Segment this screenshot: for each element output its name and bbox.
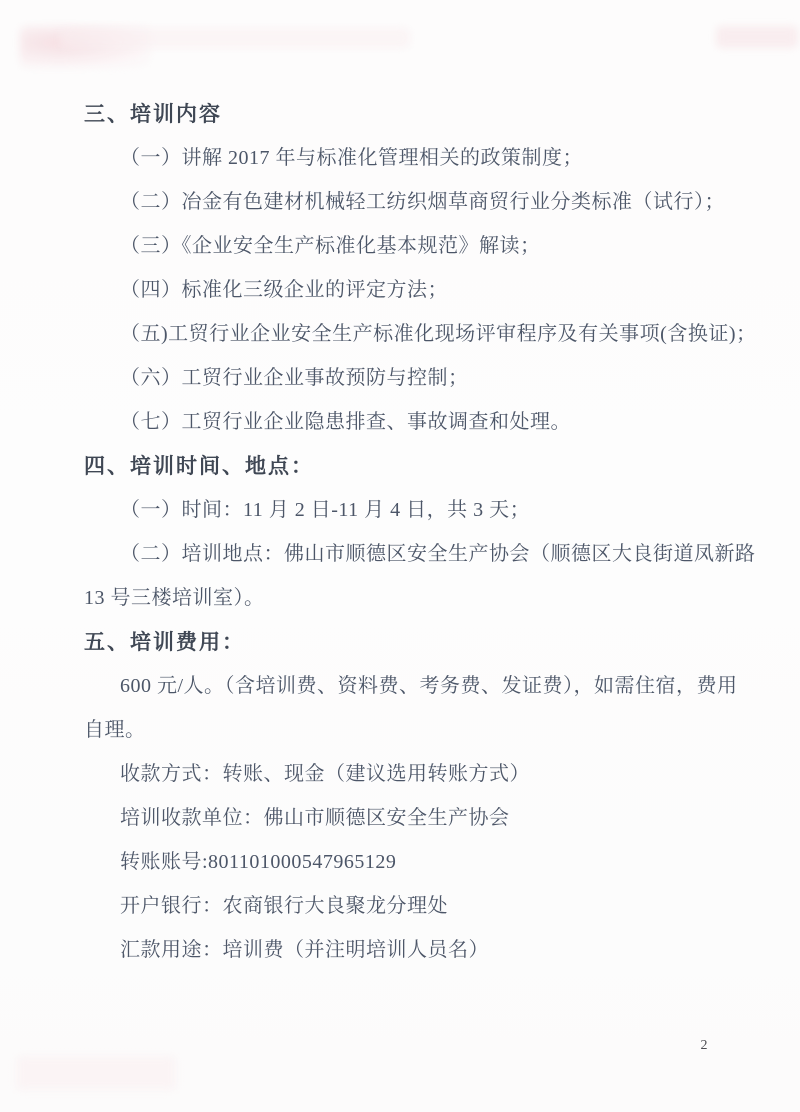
text-line: （二）培训地点：佛山市顺德区安全生产协会（顺德区大良街道凤新路: [84, 532, 722, 576]
text-line: 600 元/人。（含培训费、资料费、考务费、发证费），如需住宿，费用: [84, 664, 722, 708]
section-heading: 五、培训费用：: [84, 620, 722, 664]
text-line: 转账账号:801101000547965129: [84, 840, 722, 884]
text-line: （六）工贸行业企业事故预防与控制；: [84, 356, 722, 400]
text-line: 自理。: [84, 708, 722, 752]
text-line: 汇款用途：培训费（并注明培训人员名）: [84, 928, 722, 972]
text-line: （三）《企业安全生产标准化基本规范》解读；: [84, 224, 722, 268]
section-heading: 三、培训内容: [84, 92, 722, 136]
text-line: 开户银行：农商银行大良聚龙分理处: [84, 884, 722, 928]
text-line: （七）工贸行业企业隐患排查、事故调查和处理。: [84, 400, 722, 444]
text-line: 培训收款单位：佛山市顺德区安全生产协会: [84, 796, 722, 840]
text-line: （一）讲解 2017 年与标准化管理相关的政策制度；: [84, 136, 722, 180]
page-number: 2: [694, 1038, 714, 1054]
text-line: （一）时间：11 月 2 日-11 月 4 日，共 3 天；: [84, 488, 722, 532]
section-heading: 四、培训时间、地点：: [84, 444, 722, 488]
text-line: （五)工贸行业企业安全生产标准化现场评审程序及有关事项(含换证)；: [84, 312, 722, 356]
text-line: （四）标准化三级企业的评定方法；: [84, 268, 722, 312]
text-line: （二）冶金有色建材机械轻工纺织烟草商贸行业分类标准（试行）；: [84, 180, 722, 224]
scan-smudge-bottom-left: [16, 1056, 176, 1090]
text-line: 收款方式：转账、现金（建议选用转账方式）: [84, 752, 722, 796]
document-body: 三、培训内容（一）讲解 2017 年与标准化管理相关的政策制度；（二）冶金有色建…: [0, 0, 800, 972]
document-page: 三、培训内容（一）讲解 2017 年与标准化管理相关的政策制度；（二）冶金有色建…: [0, 0, 800, 1112]
text-line: 13 号三楼培训室）。: [84, 576, 722, 620]
